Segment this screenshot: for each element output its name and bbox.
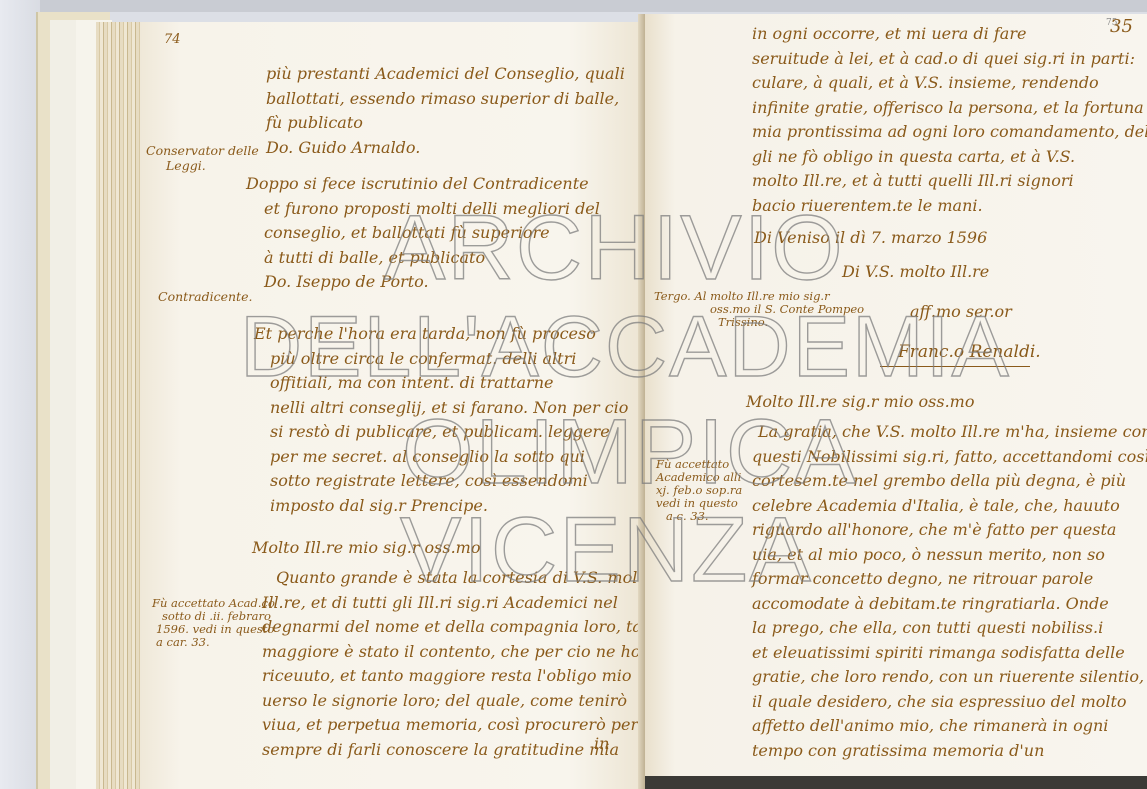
watermark-line-accademia: DELL'ACCADEMIA (240, 298, 1011, 397)
left-text-block-1: più prestanti Academici del Conseglio, q… (266, 62, 625, 160)
watermark-line-archivio: ARCHIVIO (384, 196, 845, 301)
scan-background-left (0, 0, 40, 789)
margin-note-conservator: Conservator delle Leggi. (146, 143, 259, 173)
page-edges (96, 22, 146, 789)
scan-background-top (0, 0, 1147, 12)
watermark-line-vicenza: VICENZA (400, 498, 813, 603)
right-closing: Di V.S. molto Ill.re (842, 260, 989, 285)
left-folio-number: 74 (164, 32, 181, 47)
scan-background-bottom (645, 776, 1147, 789)
margin-note-accettato-left: Fù accettato Acad.co sotto di .ii. febra… (152, 597, 275, 649)
right-text-block-1: in ogni occorre, et mi uera di fare seru… (752, 22, 1147, 218)
margin-note-contradicente: Contradicente. (158, 290, 252, 303)
left-catchword: in (594, 732, 609, 757)
watermark-line-olimpica: OLIMPICA (402, 400, 858, 505)
